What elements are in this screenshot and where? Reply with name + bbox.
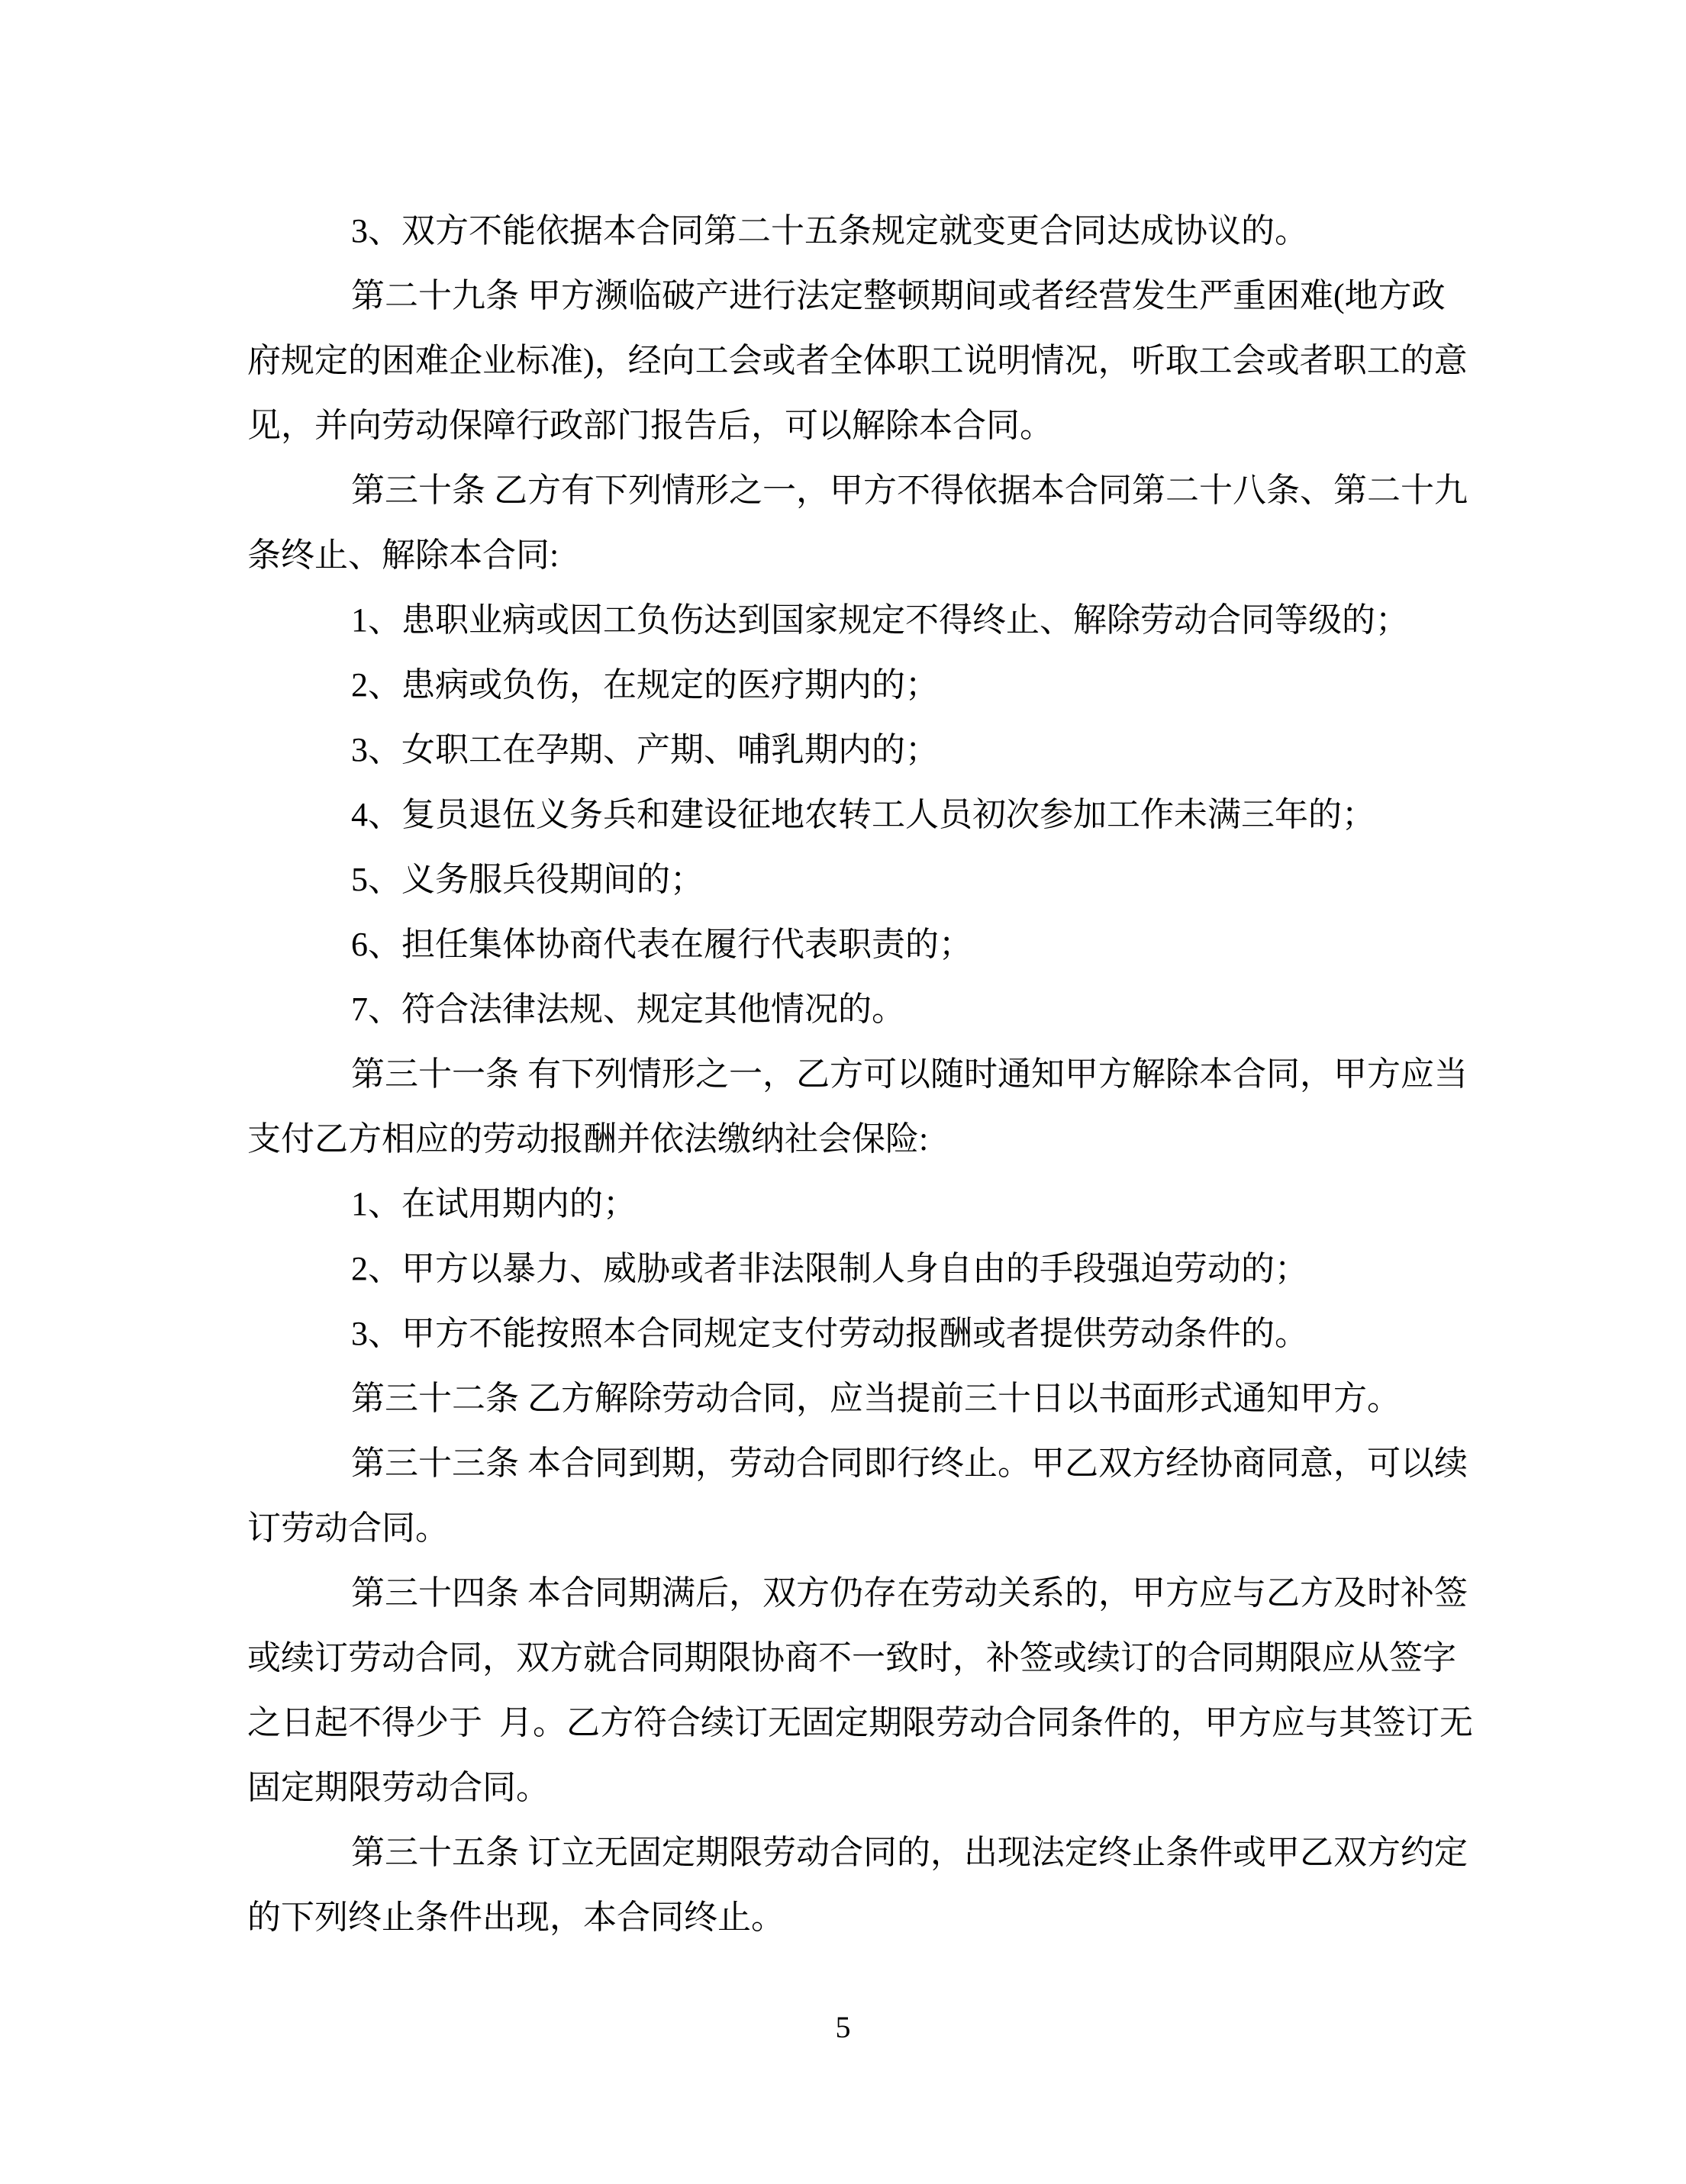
text-line: 府规定的困难企业标准)，经向工会或者全体职工说明情况，听取工会或者职工的意	[247, 328, 1560, 393]
text-line: 5、义务服兵役期间的；	[247, 847, 1560, 912]
document-body: 3、双方不能依据本合同第二十五条规定就变更合同达成协议的。第二十九条 甲方濒临破…	[247, 198, 1560, 1950]
text-line: 2、甲方以暴力、威胁或者非法限制人身自由的手段强迫劳动的；	[247, 1236, 1560, 1301]
text-line: 固定期限劳动合同。	[247, 1755, 1560, 1820]
text-line: 3、甲方不能按照本合同规定支付劳动报酬或者提供劳动条件的。	[247, 1301, 1560, 1366]
text-line: 支付乙方相应的劳动报酬并依法缴纳社会保险:	[247, 1106, 1560, 1171]
text-line: 的下列终止条件出现，本合同终止。	[247, 1885, 1560, 1950]
text-line: 第三十一条 有下列情形之一，乙方可以随时通知甲方解除本合同，甲方应当	[247, 1042, 1560, 1106]
text-line: 条终止、解除本合同:	[247, 523, 1560, 588]
text-line: 4、复员退伍义务兵和建设征地农转工人员初次参加工作未满三年的；	[247, 782, 1560, 847]
page-number: 5	[0, 2009, 1686, 2046]
text-line: 1、患职业病或因工负伤达到国家规定不得终止、解除劳动合同等级的；	[247, 588, 1560, 652]
text-line: 第二十九条 甲方濒临破产进行法定整顿期间或者经营发生严重困难(地方政	[247, 263, 1560, 328]
document-page: 3、双方不能依据本合同第二十五条规定就变更合同达成协议的。第二十九条 甲方濒临破…	[0, 0, 1686, 2184]
text-line: 之日起不得少于 月。乙方符合续订无固定期限劳动合同条件的，甲方应与其签订无	[247, 1690, 1560, 1755]
text-line: 或续订劳动合同，双方就合同期限协商不一致时，补签或续订的合同期限应从签字	[247, 1625, 1560, 1690]
text-line: 3、女职工在孕期、产期、哺乳期内的；	[247, 717, 1560, 782]
text-line: 第三十二条 乙方解除劳动合同，应当提前三十日以书面形式通知甲方。	[247, 1366, 1560, 1431]
text-line: 7、符合法律法规、规定其他情况的。	[247, 977, 1560, 1042]
text-line: 2、患病或负伤，在规定的医疗期内的；	[247, 652, 1560, 717]
text-line: 第三十三条 本合同到期，劳动合同即行终止。甲乙双方经协商同意，可以续	[247, 1431, 1560, 1496]
text-line: 订劳动合同。	[247, 1496, 1560, 1561]
text-line: 第三十五条 订立无固定期限劳动合同的，出现法定终止条件或甲乙双方约定	[247, 1820, 1560, 1885]
text-line: 1、在试用期内的；	[247, 1171, 1560, 1236]
text-line: 第三十条 乙方有下列情形之一，甲方不得依据本合同第二十八条、第二十九	[247, 458, 1560, 523]
text-line: 6、担任集体协商代表在履行代表职责的；	[247, 912, 1560, 977]
text-line: 第三十四条 本合同期满后，双方仍存在劳动关系的，甲方应与乙方及时补签	[247, 1561, 1560, 1625]
text-line: 3、双方不能依据本合同第二十五条规定就变更合同达成协议的。	[247, 198, 1560, 263]
text-line: 见，并向劳动保障行政部门报告后，可以解除本合同。	[247, 393, 1560, 458]
